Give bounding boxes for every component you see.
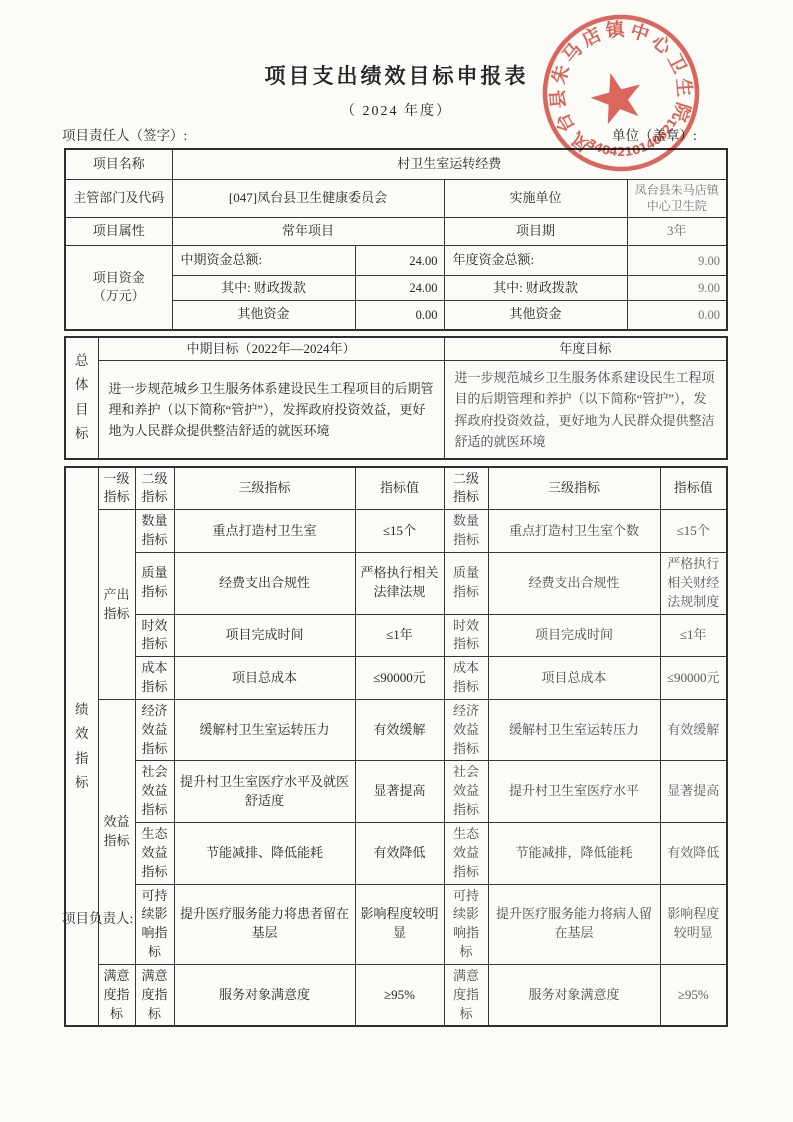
year-fund-other-value: 0.00 <box>627 301 727 330</box>
quality-val: 严格执行相关法律法规 <box>355 553 444 615</box>
cost-l2: 成本指标 <box>135 657 174 700</box>
quality-l2: 质量指标 <box>135 553 174 615</box>
level1-satisfaction: 满意度指标 <box>98 964 135 1026</box>
seal-star-icon <box>586 66 648 126</box>
cost-val: ≤90000元 <box>355 657 444 700</box>
year-fund-total-label: 年度资金总额: <box>444 246 627 276</box>
social-val-annual: 显著提高 <box>660 761 727 823</box>
quality-l3-annual: 经费支出合规性 <box>488 553 660 615</box>
economic-l2: 经济效益指标 <box>135 699 174 761</box>
dept-value: [047]凤台县卫生健康委员会 <box>172 179 444 218</box>
fund-label: 项目资金 （万元） <box>65 246 172 330</box>
cost-val-annual: ≤90000元 <box>660 657 727 700</box>
economic-l3-annual: 缓解村卫生室运转压力 <box>488 699 660 761</box>
fund-label-line2: （万元） <box>70 287 168 306</box>
ecological-val-annual: 有效降低 <box>660 822 727 884</box>
responsible-signature-label: 项目责任人（签字）: <box>62 124 187 144</box>
year-fund-total-value: 9.00 <box>627 246 727 276</box>
social-l3: 提升村卫生室医疗水平及就医舒适度 <box>174 761 355 823</box>
timeliness-l2-annual: 时效指标 <box>444 614 488 657</box>
sustain-l2-annual: 可持续影响指标 <box>444 884 488 964</box>
perf-indicator-row-label-text: 绩效指标 <box>74 698 89 795</box>
ecological-l2: 生态效益指标 <box>135 822 174 884</box>
economic-l3: 缓解村卫生室运转压力 <box>174 699 355 761</box>
indicators-table: 绩效指标 一级指标 二级指标 三级指标 指标值 二级指标 三级指标 指标值 产出… <box>64 466 728 1028</box>
project-leader-label: 项目负责人: <box>62 907 133 927</box>
cost-l3: 项目总成本 <box>174 657 355 700</box>
sustain-val: 影响程度较明显 <box>355 884 444 964</box>
social-l3-annual: 提升村卫生室医疗水平 <box>488 761 660 823</box>
header-value: 指标值 <box>355 467 444 510</box>
header-level3: 三级指标 <box>174 467 355 510</box>
satisfaction-val: ≥95% <box>355 964 444 1026</box>
year-goal-header: 年度目标 <box>444 337 727 361</box>
satisfaction-l3: 服务对象满意度 <box>174 964 355 1026</box>
quantity-val: ≤15个 <box>355 510 444 553</box>
goals-table: 总体目标 中期目标（2022年—2024年） 年度目标 进一步规范城乡卫生服务体… <box>64 336 728 460</box>
perf-indicator-row-label: 绩效指标 <box>65 467 98 1027</box>
quantity-l3-annual: 重点打造村卫生室个数 <box>488 510 660 553</box>
mid-fund-total-label: 中期资金总额: <box>172 246 355 276</box>
social-l2: 社会效益指标 <box>135 761 174 823</box>
seal-number: 3404210140621 <box>582 113 686 169</box>
satisfaction-l2-annual: 满意度指标 <box>444 964 488 1026</box>
economic-val: 有效缓解 <box>355 699 444 761</box>
satisfaction-l3-annual: 服务对象满意度 <box>488 964 660 1026</box>
form-tables: 项目名称 村卫生室运转经费 主管部门及代码 [047]凤台县卫生健康委员会 实施… <box>64 148 728 1027</box>
header-level3-annual: 三级指标 <box>488 467 660 510</box>
ecological-val: 有效降低 <box>355 822 444 884</box>
quality-val-annual: 严格执行相关财经法规制度 <box>660 553 727 615</box>
year-fund-fiscal-value: 9.00 <box>627 276 727 301</box>
overall-goal-row-label: 总体目标 <box>65 337 98 459</box>
scanned-declaration-form: 项目支出绩效目标申报表 （ 2024 年度） 项目责任人（签字）: 单位（盖章）… <box>0 0 793 1122</box>
cost-l3-annual: 项目总成本 <box>488 657 660 700</box>
mid-fund-fiscal-value: 24.00 <box>355 276 444 301</box>
mid-goal-header: 中期目标（2022年—2024年） <box>98 337 444 361</box>
overall-goal-row-label-text: 总体目标 <box>74 349 89 446</box>
social-l2-annual: 社会效益指标 <box>444 761 488 823</box>
period-label: 项目期 <box>444 218 627 246</box>
ecological-l3-annual: 节能减排，降低能耗 <box>488 822 660 884</box>
timeliness-l3: 项目完成时间 <box>174 614 355 657</box>
ecological-l3: 节能减排、降低能耗 <box>174 822 355 884</box>
timeliness-l2: 时效指标 <box>135 614 174 657</box>
period-value: 3年 <box>627 218 727 246</box>
mid-fund-total-value: 24.00 <box>355 246 444 276</box>
attr-label: 项目属性 <box>65 218 172 246</box>
satisfaction-l2: 满意度指标 <box>135 964 174 1026</box>
timeliness-val-annual: ≤1年 <box>660 614 727 657</box>
header-level1: 一级指标 <box>98 467 135 510</box>
social-val: 显著提高 <box>355 761 444 823</box>
satisfaction-val-annual: ≥95% <box>660 964 727 1026</box>
cost-l2-annual: 成本指标 <box>444 657 488 700</box>
timeliness-l3-annual: 项目完成时间 <box>488 614 660 657</box>
ecological-l2-annual: 生态效益指标 <box>444 822 488 884</box>
mid-fund-other-value: 0.00 <box>355 301 444 330</box>
level1-output: 产出指标 <box>98 510 135 700</box>
mid-fund-fiscal-label: 其中: 财政拨款 <box>172 276 355 301</box>
quantity-l2-annual: 数量指标 <box>444 510 488 553</box>
project-name-label: 项目名称 <box>65 149 172 179</box>
year-fund-fiscal-label: 其中: 财政拨款 <box>444 276 627 301</box>
sustain-l2: 可持续影响指标 <box>135 884 174 964</box>
quantity-l2: 数量指标 <box>135 510 174 553</box>
fund-label-line1: 项目资金 <box>70 269 168 288</box>
dept-label: 主管部门及代码 <box>65 179 172 218</box>
quantity-val-annual: ≤15个 <box>660 510 727 553</box>
year-fund-other-label: 其他资金 <box>444 301 627 330</box>
svg-text:3404210140621: 3404210140621 <box>582 113 686 169</box>
mid-fund-other-label: 其他资金 <box>172 301 355 330</box>
quantity-l3: 重点打造村卫生室 <box>174 510 355 553</box>
economic-l2-annual: 经济效益指标 <box>444 699 488 761</box>
header-level2-annual: 二级指标 <box>444 467 488 510</box>
impl-unit-value: 凤台县朱马店镇中心卫生院 <box>627 179 727 218</box>
sustain-l3-annual: 提升医疗服务能力将病人留在基层 <box>488 884 660 964</box>
quality-l3: 经费支出合规性 <box>174 553 355 615</box>
header-value-annual: 指标值 <box>660 467 727 510</box>
sustain-l3: 提升医疗服务能力将患者留在基层 <box>174 884 355 964</box>
mid-goal-text: 进一步规范城乡卫生服务体系建设民生工程项目的后期管理和养护（以下简称“管护”），… <box>98 361 444 459</box>
quality-l2-annual: 质量指标 <box>444 553 488 615</box>
timeliness-val: ≤1年 <box>355 614 444 657</box>
attr-value: 常年项目 <box>172 218 444 246</box>
year-goal-text: 进一步规范城乡卫生服务体系建设民生工程项目的后期管理和养护（以下简称“管护”），… <box>444 361 727 459</box>
header-level2: 二级指标 <box>135 467 174 510</box>
sustain-val-annual: 影响程度较明显 <box>660 884 727 964</box>
economic-val-annual: 有效缓解 <box>660 699 727 761</box>
